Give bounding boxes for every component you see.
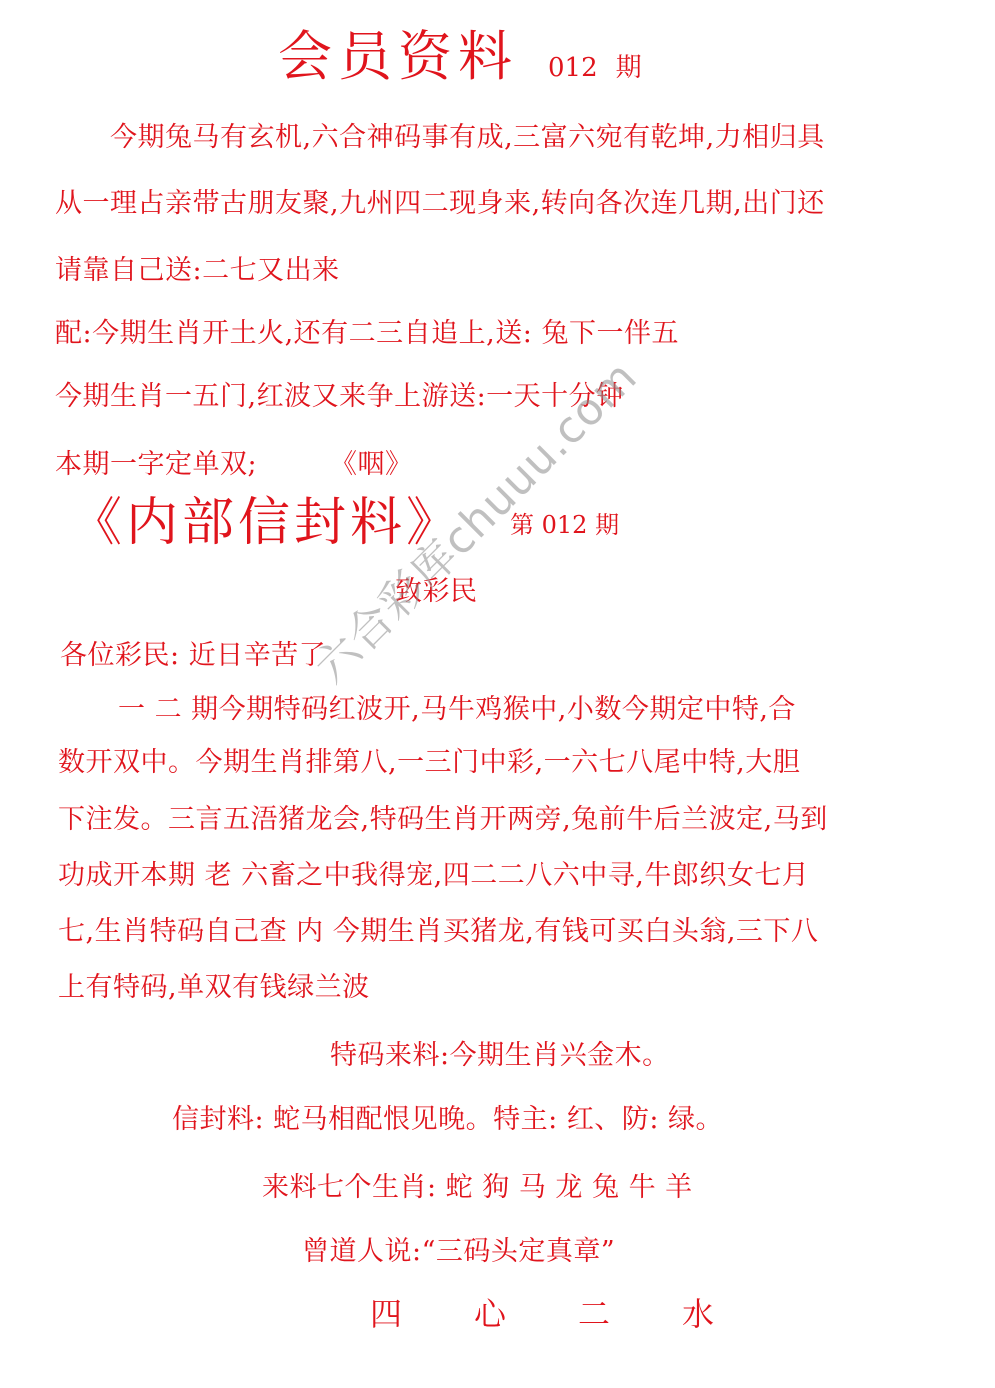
text-line: 今期兔马有玄机,六合神码事有成,三富六宛有乾坤,力相归具 xyxy=(110,124,825,151)
seven-zodiacs: 来料七个生肖: 蛇 狗 马 龙 兔 牛 羊 xyxy=(262,1174,693,1201)
signature-char: 二 xyxy=(578,1298,682,1330)
issue-number: 012 xyxy=(548,53,598,83)
body-line: 七,生肖特码自己查 内 今期生肖买猪龙,有钱可买白头翁,三下八 xyxy=(58,918,818,945)
issue-suffix: 期 xyxy=(616,53,642,83)
zeng-daoren-quote: 曾道人说:“三码头定真章” xyxy=(302,1238,615,1265)
greeting: 各位彩民: 近日辛苦了 xyxy=(60,642,326,669)
text-line: 从一理占亲带古朋友聚,九州四二现身来,转向各次连几期,出门还 xyxy=(55,190,825,217)
signature-char: 心 xyxy=(474,1298,578,1330)
signature-char: 水 xyxy=(682,1298,786,1330)
signature: 四心二水 xyxy=(370,1298,786,1330)
body-line: 下注发。三言五浯猪龙会,特码生肖开两旁,兔前牛后兰波定,马到 xyxy=(58,806,828,833)
single-char-hint: 《咽》 xyxy=(330,451,413,478)
text-line: 本期一字定单双; xyxy=(55,451,257,478)
envelope-title: 《内部信封料》 xyxy=(70,497,462,549)
signature-char: 四 xyxy=(370,1298,474,1330)
envelope-material: 信封料: 蛇马相配恨见晚。特主: 红、防: 绿。 xyxy=(172,1106,723,1133)
text-line: 今期生肖一五门,红波又来争上游送:一天十分钟 xyxy=(55,383,624,410)
body-line: 上有特码,单双有钱绿兰波 xyxy=(58,974,370,1001)
body-line: 一 二 期今期特码红波开,马牛鸡猴中,小数今期定中特,合 xyxy=(118,696,796,723)
body-line: 数开双中。今期生肖排第八,一三门中彩,一六七八尾中特,大胆 xyxy=(58,749,800,776)
body-line: 功成开本期 老 六畜之中我得宠,四二二八六中寻,牛郎织女七月 xyxy=(58,862,809,889)
text-line: 请靠自己送:二七又出来 xyxy=(55,257,340,284)
member-info-title: 会员资料 xyxy=(278,30,518,84)
envelope-issue: 第 012 期 xyxy=(510,513,619,537)
member-info-issue: 012期 xyxy=(548,55,642,81)
special-code-material: 特码来料:今期生肖兴金木。 xyxy=(330,1042,670,1069)
text-line: 配:今期生肖开土火,还有二三自追上,送: 兔下一伴五 xyxy=(55,320,679,347)
